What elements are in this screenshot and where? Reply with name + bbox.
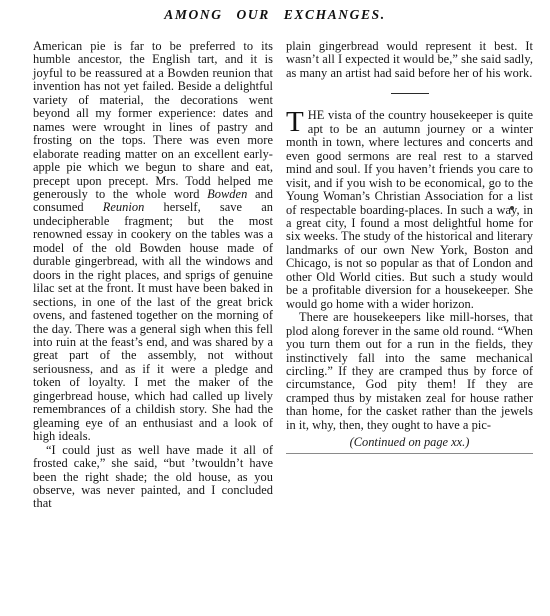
- paragraph-mill-horses: There are housekeepers like mill-horses,…: [286, 311, 533, 432]
- continued-on-page-note: (Continued on page xx.): [286, 435, 533, 449]
- bottom-rule: [286, 453, 533, 454]
- italic-word-bowden: Bowden: [207, 187, 247, 201]
- italic-word-reunion: Reunion: [103, 200, 145, 214]
- drop-cap-letter: T: [286, 109, 308, 135]
- paragraph-text: herself, save an undecipherable fragment…: [33, 200, 273, 443]
- section-divider-rule: [391, 93, 429, 94]
- paragraph-frosted-cake-quote: “I could just as well have made it all o…: [33, 444, 273, 511]
- two-column-layout: American pie is far to be preferred to i…: [33, 40, 550, 511]
- magazine-page: AMONG OUR EXCHANGES. American pie is far…: [0, 0, 550, 616]
- ink-spot-artifact: [510, 206, 514, 210]
- paragraph-gingerbread-reunion: American pie is far to be preferred to i…: [33, 40, 273, 444]
- paragraph-country-housekeeper: THE vista of the country housekeeper is …: [286, 109, 533, 311]
- paragraph-text: American pie is far to be preferred to i…: [33, 39, 273, 201]
- left-column: American pie is far to be preferred to i…: [33, 40, 273, 511]
- paragraph-artist-quote-end: plain gingerbread would represent it bes…: [286, 40, 533, 80]
- right-column: plain gingerbread would represent it bes…: [286, 40, 533, 511]
- page-title: AMONG OUR EXCHANGES.: [0, 0, 550, 23]
- paragraph-text: HE vista of the country housekeeper is q…: [286, 108, 533, 310]
